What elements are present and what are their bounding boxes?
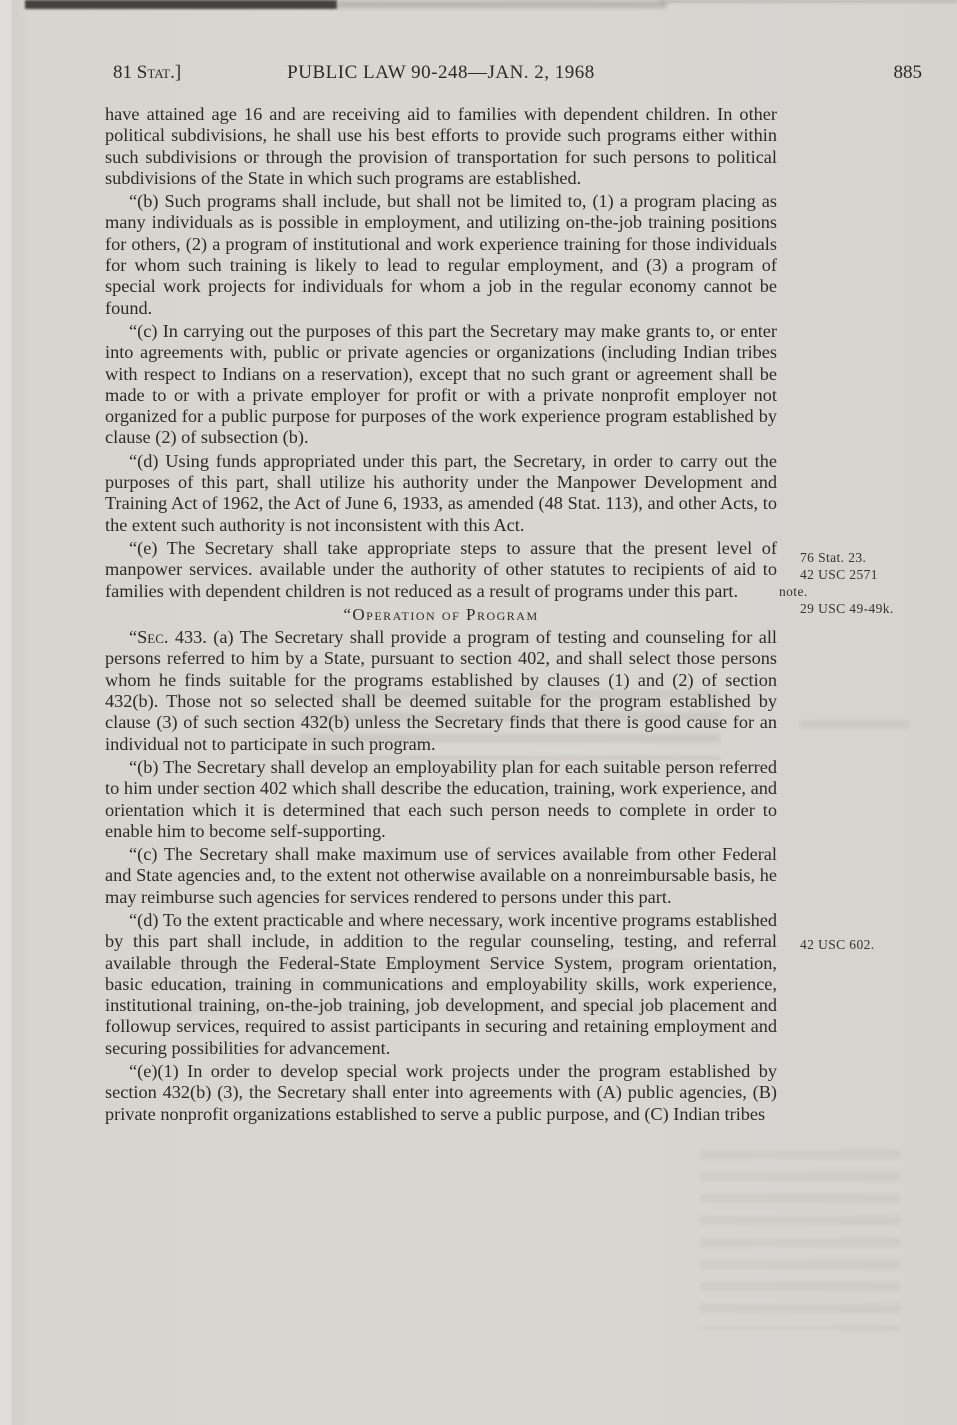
par-433-e1: “(e)(1) In order to develop special work… [105,1061,777,1125]
scan-edge-artifact [337,1,667,8]
heading-operation-of-program: “Operation of Program [105,604,777,625]
page-number: 885 [860,62,922,84]
margin-note-29-usc-49: 29 USC 49-49k. [779,600,909,617]
margin-note-76-stat-23: 76 Stat. 23. [779,549,909,566]
margin-note-42-usc-2571: 42 USC 2571 note. [779,566,909,600]
par-433-c: “(c) The Secretary shall make maximum us… [105,844,777,908]
scanned-statute-page: { "header": { "stat_label": "81 Stat.]",… [0,0,957,1425]
page-header: 81 Stat.] PUBLIC LAW 90-248—JAN. 2, 1968… [0,62,957,88]
par-432-e: “(e) The Secretary shall take appropriat… [105,538,777,602]
par-433-d: “(d) To the extent practicable and where… [105,910,777,1059]
scan-edge-artifact [660,0,957,3]
bleed-through-smudge [800,720,910,734]
margin-note-42-usc-602: 42 USC 602. [779,936,909,953]
par-continuation: have attained age 16 and are receiving a… [105,104,777,189]
par-432-d: “(d) Using funds appropriated under this… [105,451,777,536]
par-432-c: “(c) In carrying out the purposes of thi… [105,321,777,449]
statute-text-column: have attained age 16 and are receiving a… [105,104,777,1127]
par-433-a: “Sec. 433. (a) The Secretary shall provi… [105,627,777,755]
par-432-b: “(b) Such programs shall include, but sh… [105,191,777,319]
sec-number-label: “Sec. 433. [129,627,207,647]
margin-note-group-mdta: 76 Stat. 23. 42 USC 2571 note. 29 USC 49… [779,549,909,617]
law-title: PUBLIC LAW 90-248—JAN. 2, 1968 [105,62,777,84]
margin-note-group-602: 42 USC 602. [779,936,909,953]
scan-edge-artifact [25,0,337,9]
par-433-b: “(b) The Secretary shall develop an empl… [105,757,777,842]
bleed-through-smudge [700,1150,900,1330]
page-background: 81 Stat.] PUBLIC LAW 90-248—JAN. 2, 1968… [0,0,957,1425]
